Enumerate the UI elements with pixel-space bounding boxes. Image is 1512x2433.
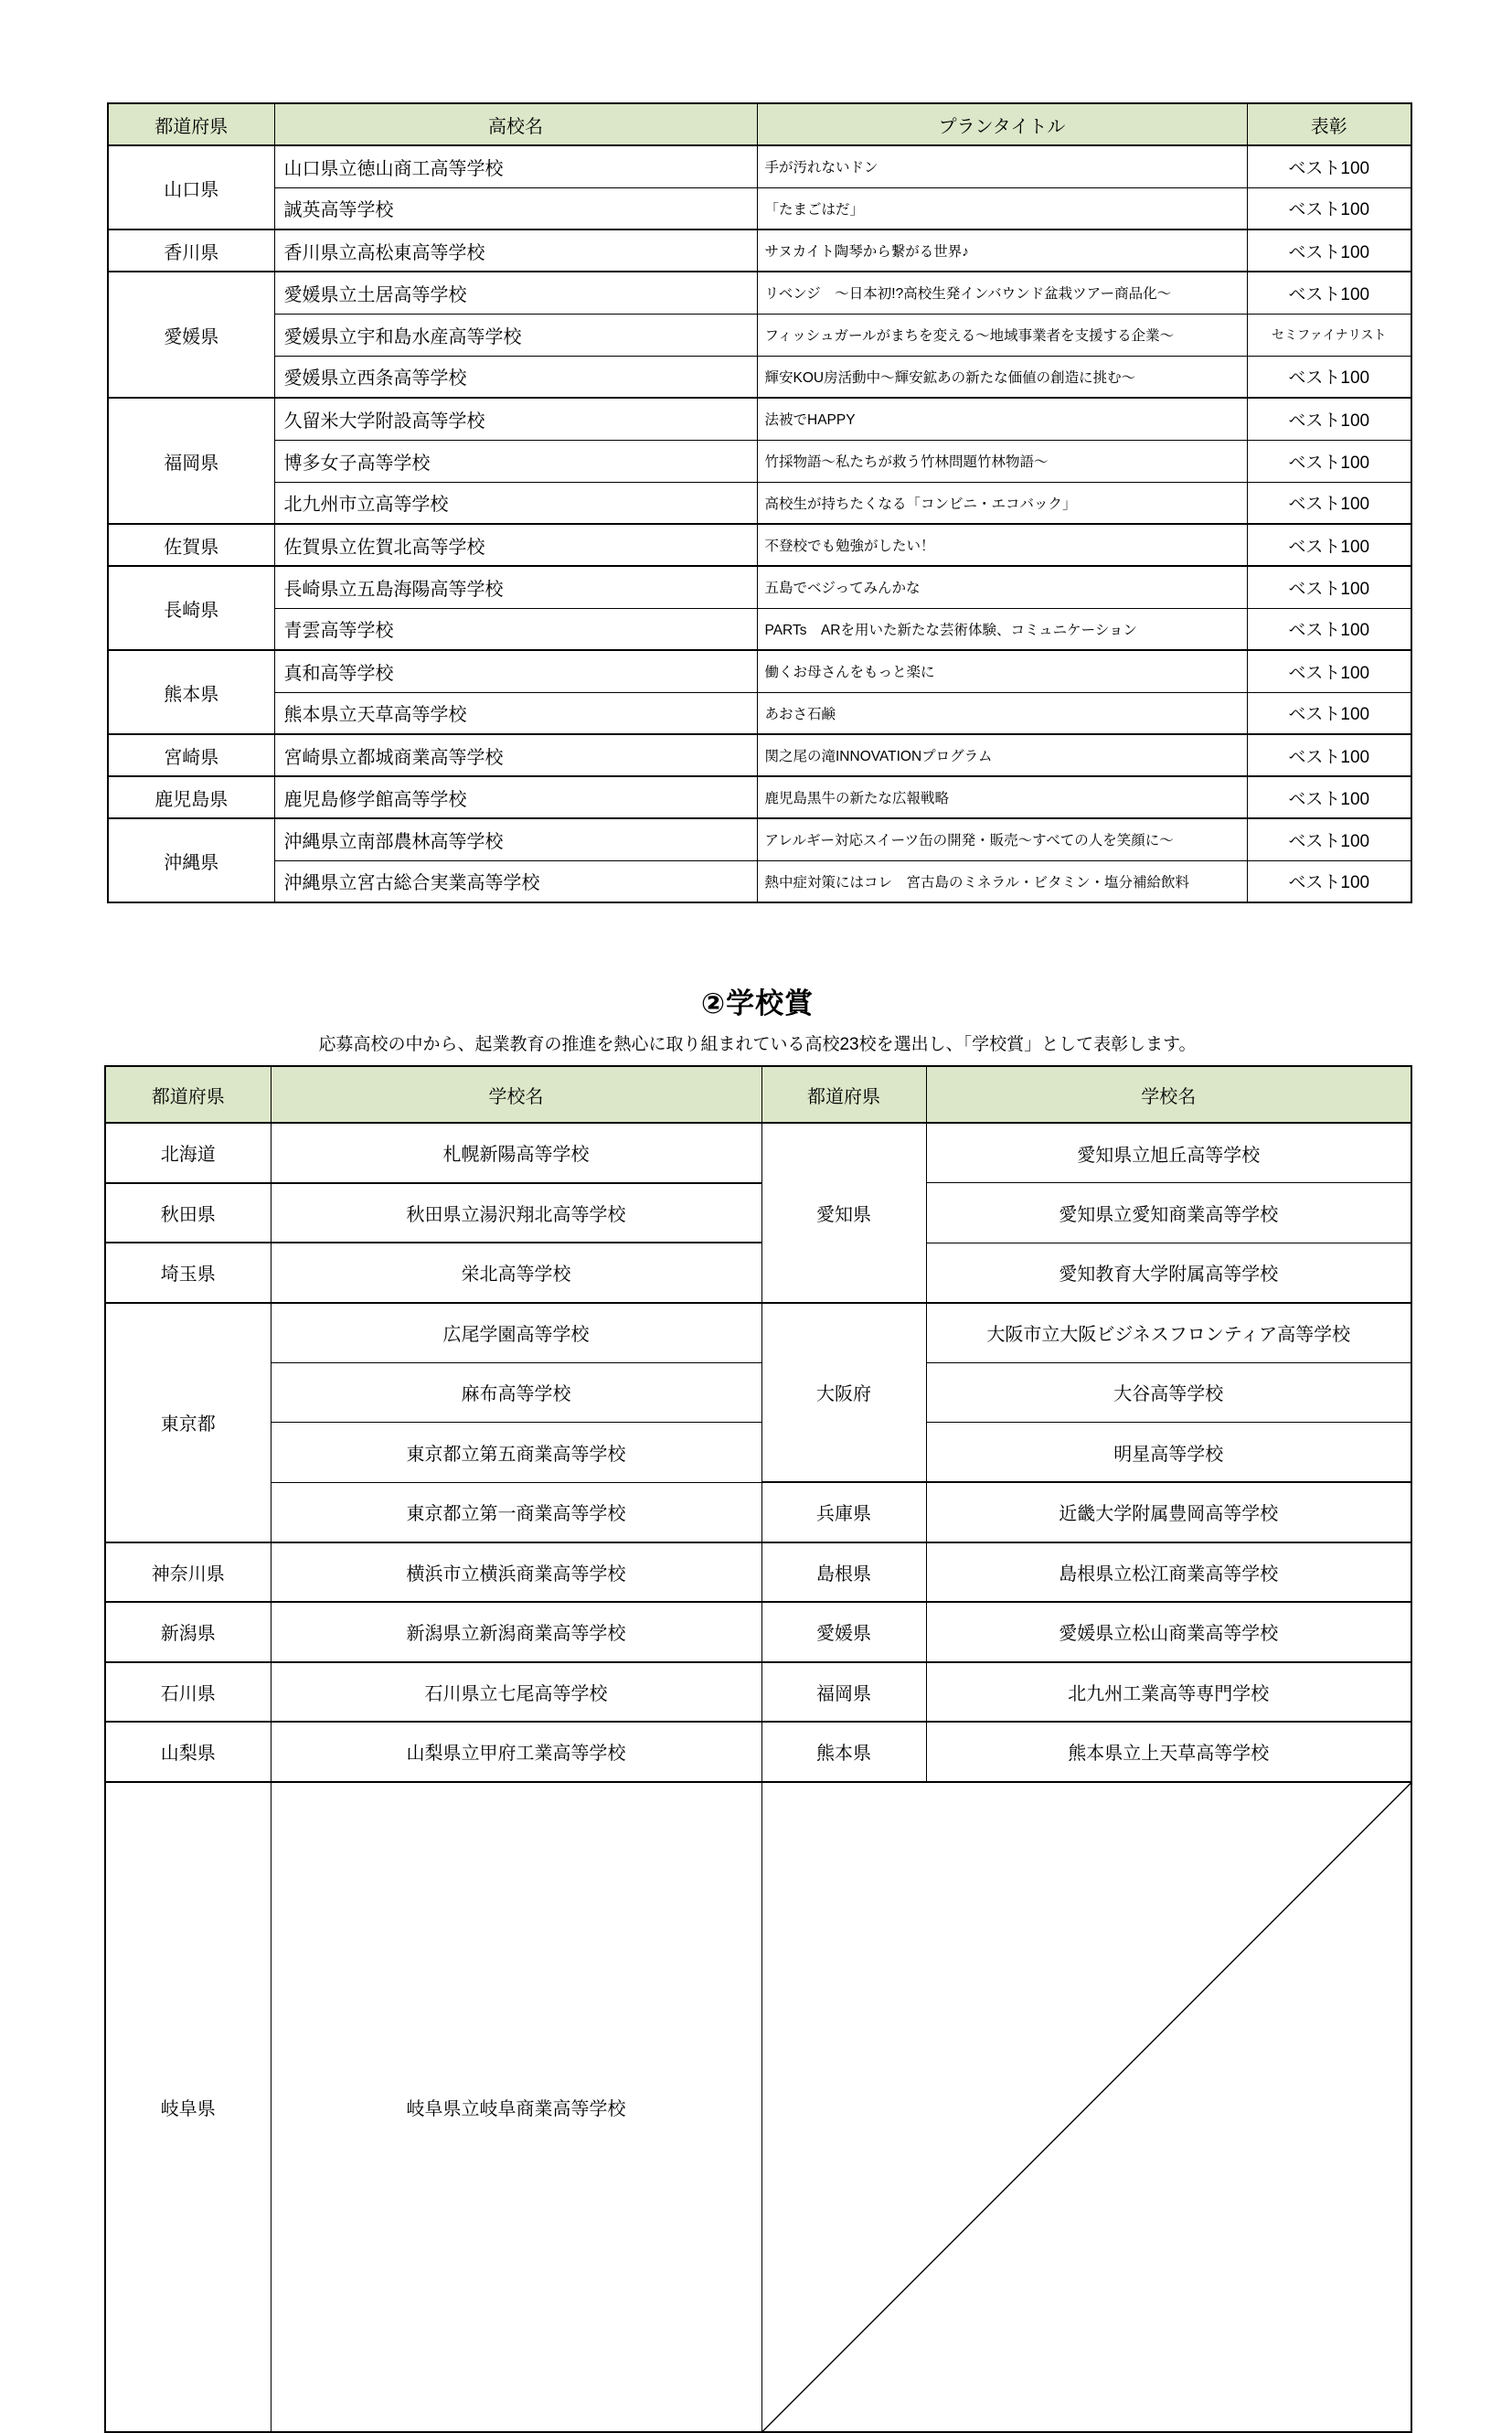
school-cell: 博多女子高等学校 [274,440,757,482]
school-cell: 愛媛県立土居高等学校 [274,272,757,314]
school-award-row: 秋田県秋田県立湯沢翔北高等学校愛知県立愛知商業高等学校 [105,1183,1411,1243]
school-cell: 岐阜県立岐阜商業高等学校 [271,1782,761,2433]
award-cell: ベスト100 [1247,818,1411,860]
school-cell: 新潟県立新潟商業高等学校 [271,1602,761,1662]
award-cell: ベスト100 [1247,650,1411,692]
school-cell: 愛知県立愛知商業高等学校 [926,1183,1411,1243]
best100-row: 愛媛県立西条高等学校輝安KOU房活動中～輝安鉱あの新たな価値の創造に挑む～ベスト… [108,356,1411,398]
school-cell: 鹿児島修学館高等学校 [274,776,757,818]
col-header-award: 表彰 [1247,103,1411,145]
best100-table: 都道府県 高校名 プランタイトル 表彰 山口県山口県立徳山商工高等学校手が汚れな… [107,102,1412,903]
school-cell: 沖縄県立宮古総合実業高等学校 [274,860,757,902]
school-cell: 北九州市立高等学校 [274,482,757,524]
prefecture-cell: 新潟県 [105,1602,271,1662]
best100-row: 熊本県真和高等学校働くお母さんをもっと楽にベスト100 [108,650,1411,692]
award-cell: ベスト100 [1247,398,1411,440]
school-cell: 香川県立高松東高等学校 [274,229,757,272]
prefecture-cell: 福岡県 [761,1662,926,1723]
plan-cell: PARTs ARを用いた新たな芸術体験、コミュニケーション [757,608,1247,650]
plan-cell: サヌカイト陶琴から繋がる世界♪ [757,229,1247,272]
school-award-table-header: 都道府県 学校名 都道府県 学校名 [105,1066,1411,1123]
best100-row: 香川県香川県立高松東高等学校サヌカイト陶琴から繋がる世界♪ベスト100 [108,229,1411,272]
plan-cell: 不登校でも勉強がしたい！ [757,524,1247,566]
best100-row: 佐賀県佐賀県立佐賀北高等学校不登校でも勉強がしたい！ベスト100 [108,524,1411,566]
document-page: 都道府県 高校名 プランタイトル 表彰 山口県山口県立徳山商工高等学校手が汚れな… [0,0,1512,2138]
school-award-table: 都道府県 学校名 都道府県 学校名 北海道札幌新陽高等学校愛知県愛知県立旭丘高等… [104,1065,1412,2433]
prefecture-cell: 山口県 [108,145,274,229]
best100-row: 長崎県長崎県立五島海陽高等学校五島でベジってみんかなベスト100 [108,566,1411,608]
prefecture-cell: 石川県 [105,1662,271,1723]
school-cell: 北九州工業高等専門学校 [926,1662,1411,1723]
school-award-row: 神奈川県横浜市立横浜商業高等学校島根県島根県立松江商業高等学校 [105,1542,1411,1603]
best100-row: 山口県山口県立徳山商工高等学校手が汚れないドンベスト100 [108,145,1411,187]
best100-row: 博多女子高等学校竹採物語～私たちが救う竹林問題竹林物語～ベスト100 [108,440,1411,482]
col-header-prefecture-right: 都道府県 [761,1066,926,1123]
col-header-school-right: 学校名 [926,1066,1411,1123]
prefecture-cell: 福岡県 [108,398,274,524]
plan-cell: 関之尾の滝INNOVATIONプログラム [757,734,1247,776]
award-cell: ベスト100 [1247,272,1411,314]
school-cell: 愛媛県立西条高等学校 [274,356,757,398]
prefecture-cell: 神奈川県 [105,1542,271,1603]
prefecture-cell: 愛媛県 [108,272,274,398]
prefecture-cell: 島根県 [761,1542,926,1603]
school-cell: 札幌新陽高等学校 [271,1123,761,1183]
plan-cell: 鹿児島黒牛の新たな広報戦略 [757,776,1247,818]
prefecture-cell: 埼玉県 [105,1243,271,1303]
diagonal-strike-line [762,1783,1411,2432]
header-row: 都道府県 学校名 都道府県 学校名 [105,1066,1411,1123]
school-award-row: 石川県石川県立七尾高等学校福岡県北九州工業高等専門学校 [105,1662,1411,1723]
best100-row: 青雲高等学校PARTs ARを用いた新たな芸術体験、コミュニケーションベスト10… [108,608,1411,650]
col-header-prefecture: 都道府県 [108,103,274,145]
school-award-row: 北海道札幌新陽高等学校愛知県愛知県立旭丘高等学校 [105,1123,1411,1183]
plan-cell: 「たまごはだ」 [757,187,1247,229]
section2-title: ②学校賞 [104,980,1411,1021]
best100-row: 愛媛県立宇和島水産高等学校フィッシュガールがまちを変える～地域事業者を支援する企… [108,314,1411,356]
school-cell: 長崎県立五島海陽高等学校 [274,566,757,608]
prefecture-cell: 長崎県 [108,566,274,650]
header-row: 都道府県 高校名 プランタイトル 表彰 [108,103,1411,145]
best100-row: 熊本県立天草高等学校あおさ石鹸ベスト100 [108,692,1411,734]
award-cell: ベスト100 [1247,860,1411,902]
plan-cell: 熱中症対策にはコレ 宮古島のミネラル・ビタミン・塩分補給飲料 [757,860,1247,902]
school-cell: 愛媛県立松山商業高等学校 [926,1602,1411,1662]
award-cell: ベスト100 [1247,524,1411,566]
prefecture-cell: 宮崎県 [108,734,274,776]
school-cell: 石川県立七尾高等学校 [271,1662,761,1723]
best100-table-header: 都道府県 高校名 プランタイトル 表彰 [108,103,1411,145]
plan-cell: 働くお母さんをもっと楽に [757,650,1247,692]
school-cell: 青雲高等学校 [274,608,757,650]
school-cell: 宮崎県立都城商業高等学校 [274,734,757,776]
section2-description: 応募高校の中から、起業教育の推進を熱心に取り組まれている高校23校を選出し、「学… [104,1030,1411,1055]
col-header-prefecture-left: 都道府県 [105,1066,271,1123]
school-cell: 沖縄県立南部農林高等学校 [274,818,757,860]
prefecture-cell: 沖縄県 [108,818,274,902]
plan-cell: 五島でベジってみんかな [757,566,1247,608]
plan-cell: 竹採物語～私たちが救う竹林問題竹林物語～ [757,440,1247,482]
school-cell: 島根県立松江商業高等学校 [926,1542,1411,1603]
school-award-row: 埼玉県栄北高等学校愛知教育大学附属高等学校 [105,1243,1411,1303]
school-award-table-body: 北海道札幌新陽高等学校愛知県愛知県立旭丘高等学校秋田県秋田県立湯沢翔北高等学校愛… [105,1123,1411,2432]
prefecture-cell: 愛知県 [761,1123,926,1303]
school-award-row: 東京都立第五商業高等学校明星高等学校 [105,1423,1411,1483]
plan-cell: リベンジ ～日本初!?高校生発インバウンド盆栽ツアー商品化～ [757,272,1247,314]
award-cell: ベスト100 [1247,145,1411,187]
school-cell: 大谷高等学校 [926,1362,1411,1423]
plan-cell: アレルギー対応スイーツ缶の開発・販売～すべての人を笑顔に～ [757,818,1247,860]
school-cell: 栄北高等学校 [271,1243,761,1303]
best100-row: 沖縄県立宮古総合実業高等学校熱中症対策にはコレ 宮古島のミネラル・ビタミン・塩分… [108,860,1411,902]
prefecture-cell: 東京都 [105,1303,271,1542]
school-cell: 横浜市立横浜商業高等学校 [271,1542,761,1603]
prefecture-cell: 大阪府 [761,1303,926,1483]
award-cell: ベスト100 [1247,608,1411,650]
school-cell: 近畿大学附属豊岡高等学校 [926,1482,1411,1542]
school-cell: 麻布高等学校 [271,1362,761,1423]
award-cell: ベスト100 [1247,440,1411,482]
award-cell: ベスト100 [1247,229,1411,272]
school-cell: 東京都立第五商業高等学校 [271,1423,761,1483]
best100-row: 沖縄県沖縄県立南部農林高等学校アレルギー対応スイーツ缶の開発・販売～すべての人を… [108,818,1411,860]
prefecture-cell: 愛媛県 [761,1602,926,1662]
plan-cell: あおさ石鹸 [757,692,1247,734]
school-cell: 愛媛県立宇和島水産高等学校 [274,314,757,356]
school-cell: 真和高等学校 [274,650,757,692]
plan-cell: 高校生が持ちたくなる「コンビニ・エコバック」 [757,482,1247,524]
col-header-school-left: 学校名 [271,1066,761,1123]
prefecture-cell: 熊本県 [761,1722,926,1782]
best100-row: 福岡県久留米大学附設高等学校法被でHAPPYベスト100 [108,398,1411,440]
award-cell: セミファイナリスト [1247,314,1411,356]
school-cell: 久留米大学附設高等学校 [274,398,757,440]
award-cell: ベスト100 [1247,187,1411,229]
award-cell: ベスト100 [1247,776,1411,818]
empty-diagonal-cell [761,1782,1411,2433]
plan-cell: フィッシュガールがまちを変える～地域事業者を支援する企業～ [757,314,1247,356]
award-cell: ベスト100 [1247,734,1411,776]
best100-row: 宮崎県宮崎県立都城商業高等学校関之尾の滝INNOVATIONプログラムベスト10… [108,734,1411,776]
school-cell: 広尾学園高等学校 [271,1303,761,1363]
award-cell: ベスト100 [1247,566,1411,608]
plan-cell: 手が汚れないドン [757,145,1247,187]
school-award-row: 山梨県山梨県立甲府工業高等学校熊本県熊本県立上天草高等学校 [105,1722,1411,1782]
prefecture-cell: 佐賀県 [108,524,274,566]
best100-row: 誠英高等学校「たまごはだ」ベスト100 [108,187,1411,229]
best100-row: 愛媛県愛媛県立土居高等学校リベンジ ～日本初!?高校生発インバウンド盆栽ツアー商… [108,272,1411,314]
best100-row: 北九州市立高等学校高校生が持ちたくなる「コンビニ・エコバック」ベスト100 [108,482,1411,524]
prefecture-cell: 兵庫県 [761,1482,926,1542]
prefecture-cell: 熊本県 [108,650,274,734]
prefecture-cell: 香川県 [108,229,274,272]
award-cell: ベスト100 [1247,482,1411,524]
school-cell: 熊本県立上天草高等学校 [926,1722,1411,1782]
school-cell: 山口県立徳山商工高等学校 [274,145,757,187]
school-cell: 愛知県立旭丘高等学校 [926,1123,1411,1183]
col-header-plan-title: プランタイトル [757,103,1247,145]
school-cell: 東京都立第一商業高等学校 [271,1482,761,1542]
award-cell: ベスト100 [1247,692,1411,734]
school-award-row: 東京都立第一商業高等学校兵庫県近畿大学附属豊岡高等学校 [105,1482,1411,1542]
prefecture-cell: 北海道 [105,1123,271,1183]
school-award-row: 東京都広尾学園高等学校大阪府大阪市立大阪ビジネスフロンティア高等学校 [105,1303,1411,1363]
school-cell: 佐賀県立佐賀北高等学校 [274,524,757,566]
col-header-school: 高校名 [274,103,757,145]
school-cell: 大阪市立大阪ビジネスフロンティア高等学校 [926,1303,1411,1363]
school-award-row: 岐阜県岐阜県立岐阜商業高等学校 [105,1782,1411,2433]
award-cell: ベスト100 [1247,356,1411,398]
prefecture-cell: 山梨県 [105,1722,271,1782]
school-award-row: 新潟県新潟県立新潟商業高等学校愛媛県愛媛県立松山商業高等学校 [105,1602,1411,1662]
school-cell: 愛知教育大学附属高等学校 [926,1243,1411,1303]
school-award-row: 麻布高等学校大谷高等学校 [105,1362,1411,1423]
plan-cell: 法被でHAPPY [757,398,1247,440]
prefecture-cell: 秋田県 [105,1183,271,1243]
school-cell: 明星高等学校 [926,1423,1411,1483]
prefecture-cell: 岐阜県 [105,1782,271,2433]
section2-title-block: ②学校賞 応募高校の中から、起業教育の推進を熱心に取り組まれている高校23校を選… [104,980,1411,1055]
school-cell: 山梨県立甲府工業高等学校 [271,1722,761,1782]
plan-cell: 輝安KOU房活動中～輝安鉱あの新たな価値の創造に挑む～ [757,356,1247,398]
prefecture-cell: 鹿児島県 [108,776,274,818]
school-cell: 誠英高等学校 [274,187,757,229]
best100-row: 鹿児島県鹿児島修学館高等学校鹿児島黒牛の新たな広報戦略ベスト100 [108,776,1411,818]
school-cell: 秋田県立湯沢翔北高等学校 [271,1183,761,1243]
school-cell: 熊本県立天草高等学校 [274,692,757,734]
best100-table-body: 山口県山口県立徳山商工高等学校手が汚れないドンベスト100誠英高等学校「たまごは… [108,145,1411,902]
